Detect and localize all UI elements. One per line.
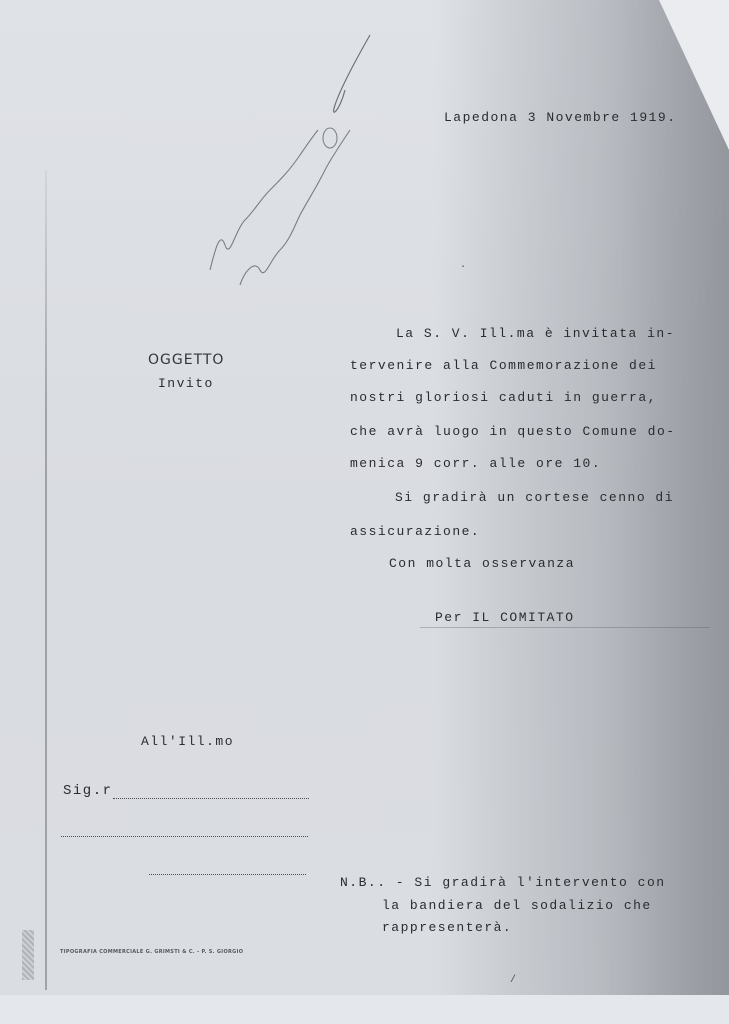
handwritten-annotation [200,30,380,300]
page-bottom-edge [0,995,729,1024]
subject-value: Invito [158,376,214,391]
printer-imprint: TIPOGRAFIA COMMERCIALE G. GRIMSTI & C. -… [60,949,243,955]
body-line: La S. V. Ill.ma è invitata in- [396,326,675,341]
note-line: N.B.. - Si gradirà l'intervento con [340,875,666,890]
recipient-city-line [149,874,306,875]
margin-rule [45,170,47,990]
binding-strip [22,930,34,980]
subject-label: OGGETTO [148,352,224,368]
recipient-prefix: Sig.r [63,783,113,799]
closing: Con molta osservanza [389,556,575,571]
signature: Per IL COMITATO [435,610,575,625]
recipient-heading: All'Ill.mo [141,734,234,749]
folded-corner [659,0,729,150]
note-line: la bandiera del sodalizio che [382,898,652,913]
stray-dot: · [460,262,466,273]
body-line: tervenire alla Commemorazione dei [350,358,657,373]
recipient-address-line [61,836,308,837]
stray-mark: / [510,975,516,986]
body-line: nostri gloriosi caduti in guerra, [350,390,657,405]
note-line: rappresenterà. [382,920,512,935]
recipient-name-line [113,798,309,799]
place-date: Lapedona 3 Novembre 1919. [444,110,677,125]
body-line: che avrà luogo in questo Comune do- [350,424,676,439]
body-line: Si gradirà un cortese cenno di [395,490,674,505]
body-line: assicurazione. [350,524,480,539]
body-line: menica 9 corr. alle ore 10. [350,456,601,471]
signature-rule [420,627,710,628]
